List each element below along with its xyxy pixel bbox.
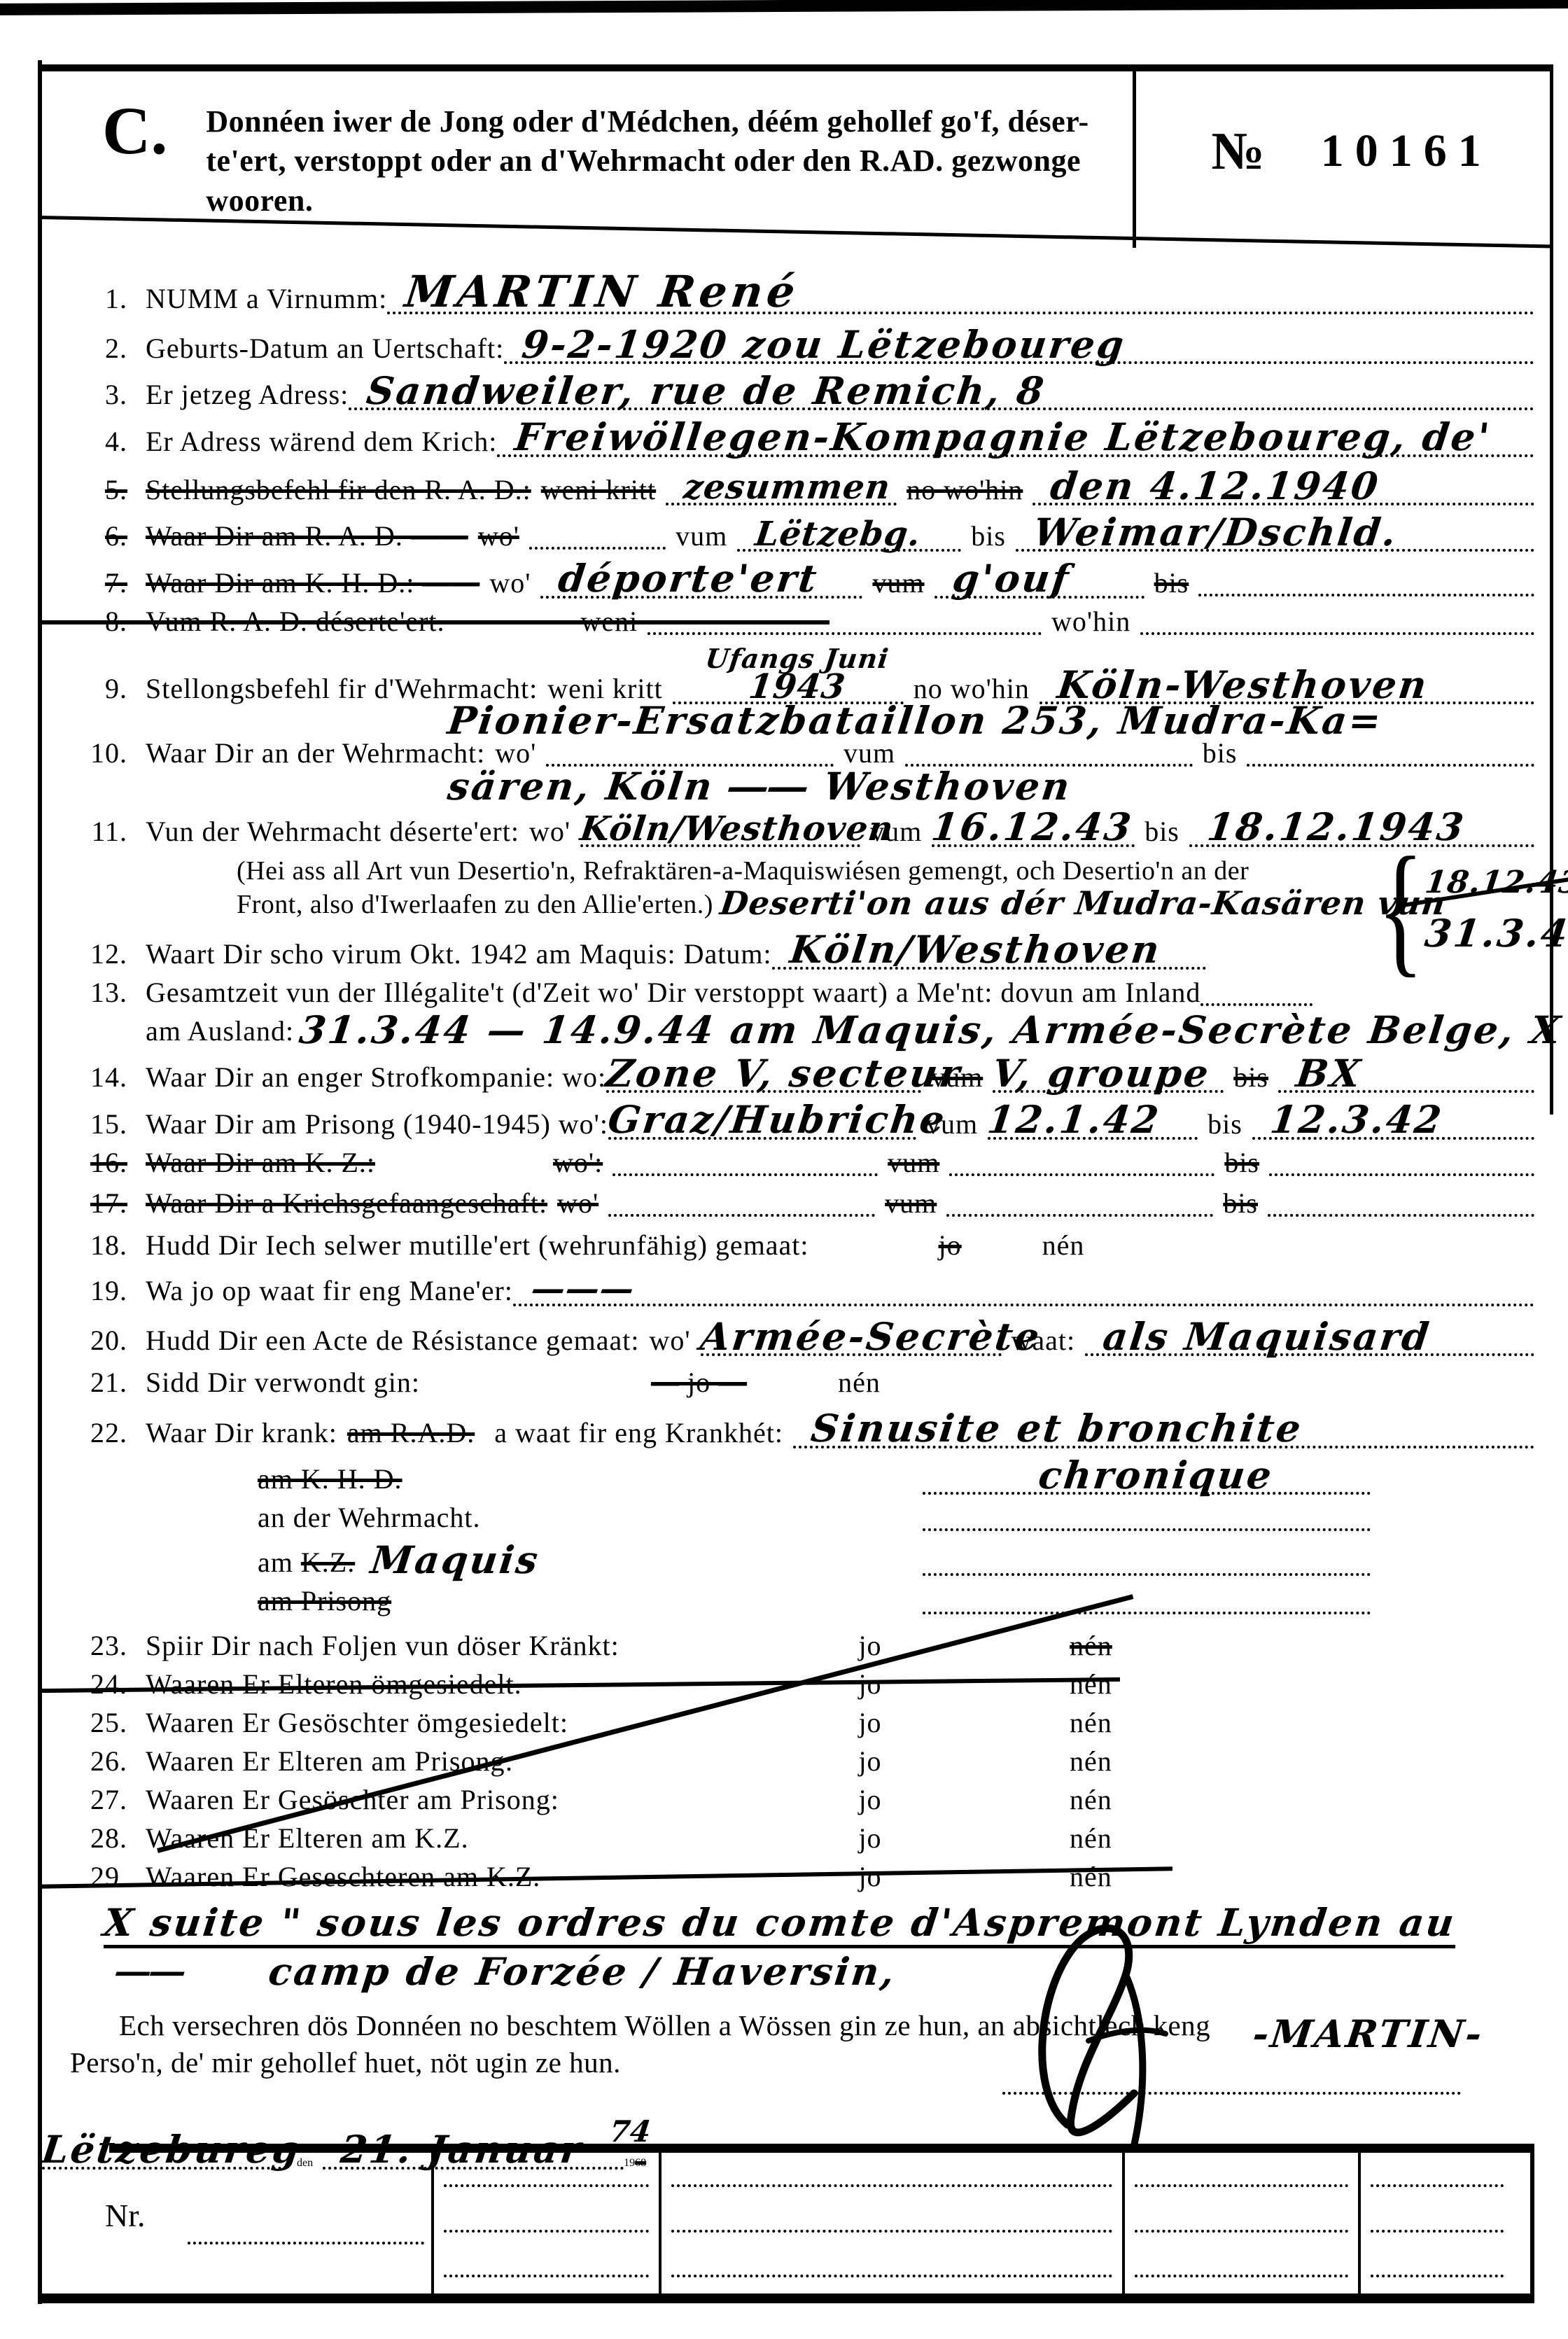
question-22: 22. Waar Dir krank: am R.A.D. a waat fir… <box>70 1409 1534 1617</box>
form-number-value: 10161 <box>1321 125 1492 178</box>
q7-label: Waar Dir am K. H. D.: —— <box>146 568 479 599</box>
q14-handwritten-1: Zone V, secteur <box>604 1056 964 1091</box>
bottom-box-dots-c2-r1 <box>671 2184 1112 2187</box>
q22-kz-label-struck: K.Z. <box>301 1546 355 1578</box>
q11-label: Vun der Wehrmacht déserte'ert: <box>146 816 519 847</box>
q15-bis-label: bis <box>1198 1109 1252 1140</box>
bottom-box-divider-4 <box>1358 2144 1361 2293</box>
q25-nen-option: nén <box>982 1708 1318 1738</box>
q6-handwritten-vum: Lëtzebg. <box>753 519 923 551</box>
q7-handwritten-wo: déporte'ert <box>556 561 820 596</box>
q12-label: Waart Dir scho virum Okt. 1942 am Maquis… <box>146 939 772 970</box>
q18-label: Hudd Dir Iech selwer mutille'ert (wehrun… <box>146 1230 809 1261</box>
numero-sign: № <box>1211 121 1264 182</box>
signature-name: -MARTIN- <box>1251 2016 1486 2052</box>
q11-handwritten-wo: Köln/Westhoven <box>578 814 895 846</box>
question-14: 14. Waar Dir an enger Strofkompanie: wo:… <box>70 1054 1534 1093</box>
bottom-nr-box: Nr. <box>39 2144 1534 2303</box>
q18-jo-option: jo <box>939 1230 962 1261</box>
q10-handwritten-line-1: Pionier-Ersatzbataillon 253, Mudra-Ka= <box>446 703 1385 739</box>
form-body: 1. NUMM a Virnumm: MARTIN René 2. Geburt… <box>0 260 1568 2170</box>
q22-handwritten-illness-2: chronique <box>1036 1458 1275 1493</box>
question-4: 4. Er Adress wärend dem Krich: Freiwölle… <box>70 418 1534 456</box>
q17-label: Waar Dir a Krichsgefaangeschaft: <box>146 1188 547 1219</box>
q16-bis-label: bis <box>1214 1147 1269 1178</box>
q26-nen-option: nén <box>982 1746 1318 1777</box>
q16-wo-label: wo': <box>543 1147 612 1178</box>
bottom-box-dots-c4-r3 <box>1371 2275 1504 2277</box>
q13-handwritten-value: 31.3.44 — 14.9.44 am Maquis, Armée-Secrè… <box>297 1012 1564 1048</box>
q20-handwritten-waat: als Maquisard <box>1101 1319 1433 1355</box>
q20-label: Hudd Dir een Acte de Résistance gemaat: <box>146 1325 639 1356</box>
q4-handwritten-value: Freiwöllegen-Kompagnie Lëtzeboureg, de' <box>513 419 1493 455</box>
q21-label: Sidd Dir verwondt gin: <box>146 1367 420 1398</box>
q21-jo-option: — jo — <box>651 1367 747 1398</box>
q13-line-1: 13. Gesamtzeit vun der Illégalite't (d'Z… <box>70 977 1534 1008</box>
question-28: 28. Waaren Er Elteren am K.Z. jo nén <box>70 1823 1534 1854</box>
q8-wohin-label: wo'hin <box>1042 606 1140 637</box>
question-17-struck: 17. Waar Dir a Krichsgefaangeschaft: wo'… <box>70 1188 1534 1219</box>
question-27: 27. Waaren Er Gesöschter am Prisong: jo … <box>70 1785 1534 1815</box>
q6-number: 6. <box>70 521 146 552</box>
q6-wo-label: wo' <box>468 521 529 552</box>
q14-handwritten-3: BX <box>1294 1056 1364 1091</box>
q16-number: 16. <box>70 1147 146 1178</box>
bottom-box-dots-c1-r3 <box>444 2275 649 2277</box>
q22-dotted-line-4 <box>923 1566 1371 1576</box>
q14-bis-label: bis <box>1224 1062 1278 1093</box>
q17-wo-label: wo' <box>547 1188 608 1219</box>
q17-dotted-line-3 <box>1268 1207 1534 1217</box>
q17-number: 17. <box>70 1188 146 1219</box>
margin-brace-dates: { 18.12.43 31.3.44 <box>1380 867 1568 951</box>
q22-dotted-line-3 <box>923 1521 1371 1531</box>
question-19: 19. Wa jo op waat fir eng Mane'er: ——— <box>70 1272 1534 1307</box>
question-9: 9. Stellongsbefehl fir d'Wehrmacht: weni… <box>70 645 1534 705</box>
q15-number: 15. <box>70 1109 146 1140</box>
annotation-text-2: camp de Forzée / Haversin, <box>267 1954 899 1990</box>
q20-wo-label: wo' <box>639 1325 700 1356</box>
q15-handwritten-wo: Graz/Hubriche <box>606 1102 948 1138</box>
q19-number: 19. <box>70 1276 146 1306</box>
question-2: 2. Geburts-Datum an Uertschaft: 9-2-1920… <box>70 326 1534 364</box>
q6-vum-label: vum <box>666 521 737 552</box>
q6-bis-label: bis <box>961 521 1016 552</box>
question-18: 18. Hudd Dir Iech selwer mutille'ert (we… <box>70 1230 1534 1261</box>
q29-jo-option: jo <box>758 1862 982 1892</box>
q29-nen-option: nén <box>982 1862 1318 1892</box>
q13-dotted-line <box>1200 996 1312 1006</box>
q11-note-line-1: (Hei ass all Art vun Desertio'n, Refrakt… <box>237 855 1534 887</box>
q5-weni-kritt-label: weni kritt <box>531 475 666 505</box>
q22-kz-row: am K.Z. Maquis <box>258 1541 923 1578</box>
q19-handwritten-dash: ——— <box>529 1273 636 1306</box>
q21-number: 21. <box>70 1367 146 1398</box>
q22-line-1: 22. Waar Dir krank: am R.A.D. a waat fir… <box>70 1409 1534 1448</box>
question-11: 11. Vun der Wehrmacht déserte'ert: wo' K… <box>70 808 1534 846</box>
q7-number: 7. <box>70 568 146 599</box>
q18-nen-option: nén <box>1042 1230 1085 1261</box>
q28-jo-option: jo <box>758 1823 982 1854</box>
question-7-struck: 7. Waar Dir am K. H. D.: —— wo' déporte'… <box>70 559 1534 598</box>
q14-number: 14. <box>70 1062 146 1093</box>
q12-number: 12. <box>70 939 146 970</box>
q8-strike-line <box>38 620 829 624</box>
q22-prisong-label-struck: am Prisong <box>258 1586 923 1617</box>
q22-line-4: am K.Z. Maquis <box>70 1541 1534 1578</box>
q22-am-label: am <box>258 1546 293 1578</box>
q22-line-2: am K. H. D. chronique <box>70 1456 1534 1495</box>
q11-note-line-2-text: Front, also d'Iwerlaafen zu den Allie'er… <box>237 890 713 919</box>
q27-nen-option: nén <box>982 1785 1318 1815</box>
handwritten-annotation-line-2: ―― camp de Forzée / Haversin, <box>116 1953 1534 1988</box>
q6-handwritten-bis: Weimar/Dschld. <box>1032 515 1400 550</box>
nr-label: Nr. <box>105 2197 146 2234</box>
bottom-box-dots-c4-r1 <box>1371 2184 1504 2187</box>
q8-dotted-line-1 <box>647 625 1042 635</box>
q8-dotted-line-2 <box>1140 625 1534 635</box>
q18-number: 18. <box>70 1230 146 1261</box>
scan-artifact-top-bar <box>0 0 1568 15</box>
question-20: 20. Hudd Dir een Acte de Résistance gema… <box>70 1318 1534 1356</box>
q5-label: Stellungsbefehl fir den R. A. D.: <box>146 475 531 505</box>
question-16-struck: 16. Waar Dir am K. Z.: wo': vum bis <box>70 1147 1534 1178</box>
handwritten-annotation-line-1: X suite " sous les ordres du comte d'Asp… <box>104 1904 1534 1948</box>
q9-number: 9. <box>70 673 146 704</box>
question-6-struck: 6. Waar Dir am R. A. D. —— wo' vum Lëtze… <box>70 513 1534 552</box>
bottom-box-dots-c1-r2 <box>444 2230 649 2233</box>
brace-date-top-struck: 18.12.43 <box>1423 868 1568 898</box>
header-divider-line <box>1133 71 1136 248</box>
question-21: 21. Sidd Dir verwondt gin: — jo — nén <box>70 1367 1534 1398</box>
q23-nen-option-struck: nén <box>982 1631 1318 1661</box>
q6-dotted-line <box>529 540 666 550</box>
header-section: C. Donnéen iwer de Jong oder d'Médchen, … <box>102 102 1089 221</box>
question-10: 10. Waar Dir an der Wehrmacht: wo' vum b… <box>70 738 1534 769</box>
q7-handwritten-vum: g'ouf <box>950 561 1072 596</box>
q22-number: 22. <box>70 1418 146 1448</box>
q27-label: Waaren Er Gesöschter am Prisong: <box>146 1785 758 1815</box>
q22-krankheit-label: a waat fir eng Krankhét: <box>484 1418 793 1448</box>
q22-label: Waar Dir krank: <box>146 1418 337 1448</box>
q17-dotted-line-2 <box>946 1207 1213 1217</box>
q20-number: 20. <box>70 1325 146 1356</box>
q22-line-5: am Prisong <box>70 1586 1534 1617</box>
q25-jo-option: jo <box>758 1708 982 1738</box>
question-8-struck: 8. Vum R. A. D. déserte'ert. weni wo'hin <box>70 606 1534 637</box>
bottom-box-divider-2 <box>659 2144 661 2293</box>
bottom-box-divider-3 <box>1122 2144 1125 2293</box>
question-12: 12. Waart Dir scho virum Okt. 1942 am Ma… <box>70 930 1534 969</box>
q5-number: 5. <box>70 475 146 505</box>
intro-line-3: wooren. <box>206 181 1088 221</box>
q22-rad-label-struck: am R.A.D. <box>337 1418 484 1448</box>
bottom-box-dots-c3-r3 <box>1135 2275 1348 2277</box>
q22-khd-label-struck: am K. H. D. <box>258 1464 923 1495</box>
q22-line-3: an der Wehrmacht. <box>70 1502 1534 1533</box>
q13-label: Gesamtzeit vun der Illégalite't (d'Zeit … <box>146 977 1200 1008</box>
q11-number: 11. <box>70 816 146 847</box>
q3-number: 3. <box>70 379 146 410</box>
q22-handwritten-maquis: Maquis <box>369 1542 542 1578</box>
q7-vum-label: vum <box>862 568 934 599</box>
bottom-box-divider-1 <box>431 2144 434 2293</box>
q1-handwritten-value: MARTIN René <box>403 272 801 313</box>
bottom-box-dots-c4-r2 <box>1371 2230 1504 2233</box>
q4-number: 4. <box>70 426 146 457</box>
q24-number: 24. <box>70 1669 146 1700</box>
section-intro: Donnéen iwer de Jong oder d'Médchen, déé… <box>206 102 1088 221</box>
q11-handwritten-bis: 18.12.1943 <box>1205 809 1467 845</box>
question-29-struck: 29. Waaren Er Geseschteren am K.Z. jo né… <box>70 1862 1534 1892</box>
q11-bis-label: bis <box>1135 816 1189 847</box>
q3-label: Er jetzeg Adress: <box>146 379 349 410</box>
q27-jo-option: jo <box>758 1785 982 1815</box>
question-13: 13. Gesamtzeit vun der Illégalite't (d'Z… <box>70 977 1534 1047</box>
q16-dotted-line-2 <box>949 1166 1214 1176</box>
q7-wo-label: wo' <box>479 568 540 599</box>
q25-number: 25. <box>70 1708 146 1738</box>
q24-nen-option: nén <box>982 1669 1318 1700</box>
q19-label: Wa jo op waat fir eng Mane'er: <box>146 1276 513 1306</box>
q1-label: NUMM a Virnumm: <box>146 284 387 314</box>
q11-note-line-2: Front, also d'Iwerlaafen zu den Allie'er… <box>237 887 1534 921</box>
q7-dotted-line <box>1198 587 1534 596</box>
signature-dotted-line <box>1002 2092 1461 2095</box>
q13-line-2: am Ausland: 31.3.44 — 14.9.44 am Maquis,… <box>70 1011 1534 1047</box>
q25-label: Waaren Er Gesöschter ömgesiedelt: <box>146 1708 758 1738</box>
nr-dotted-line <box>188 2242 424 2244</box>
q7-bis-label: bis <box>1144 568 1199 599</box>
q14-handwritten-2: V, groupe <box>990 1056 1212 1091</box>
q11-note-handwritten: Deserti'on aus dér Mudra-Kasären vun <box>718 888 1447 919</box>
q22-dotted-line-5 <box>923 1605 1371 1614</box>
q16-label: Waar Dir am K. Z.: <box>146 1147 375 1178</box>
q12-handwritten-value: Köln/Westhoven <box>787 932 1163 968</box>
intro-line-1: Donnéen iwer de Jong oder d'Médchen, déé… <box>206 102 1088 141</box>
q17-vum-label: vum <box>875 1188 946 1219</box>
question-5-struck: 5. Stellungsbefehl fir den R. A. D.: wen… <box>70 467 1534 505</box>
q9-handwritten-date-stack: Ufangs Juni 1943 <box>706 645 889 702</box>
q26-jo-option: jo <box>758 1746 982 1777</box>
bottom-box-dots-c3-r1 <box>1135 2184 1348 2187</box>
q26-number: 26. <box>70 1746 146 1777</box>
q13-number: 13. <box>70 977 146 1008</box>
bottom-box-dots-c2-r3 <box>671 2275 1112 2277</box>
q10-number: 10. <box>70 738 146 769</box>
section-letter: C. <box>102 102 167 221</box>
q14-label: Waar Dir an enger Strofkompanie: wo: <box>146 1062 606 1093</box>
q17-bis-label: bis <box>1213 1188 1268 1219</box>
bottom-box-dots-c2-r2 <box>671 2230 1112 2233</box>
q10-dotted-line-3 <box>1247 757 1534 767</box>
intro-line-2: te'ert, verstoppt oder an d'Wehrmacht od… <box>206 141 1088 181</box>
q27-number: 27. <box>70 1785 146 1815</box>
q15-handwritten-bis: 12.3.42 <box>1268 1102 1445 1138</box>
q1-number: 1. <box>70 284 146 314</box>
q3-handwritten-value: Sandweiler, rue de Remich, 8 <box>365 373 1048 409</box>
question-1: 1. NUMM a Virnumm: MARTIN René <box>70 270 1534 314</box>
q28-number: 28. <box>70 1823 146 1854</box>
q16-dotted-line-1 <box>612 1166 878 1176</box>
q2-label: Geburts-Datum an Uertschaft: <box>146 333 504 364</box>
q10-label: Waar Dir an der Wehrmacht: <box>146 738 485 769</box>
q28-nen-option: nén <box>982 1823 1318 1854</box>
question-25: 25. Waaren Er Gesöschter ömgesiedelt: jo… <box>70 1708 1534 1738</box>
q22-wehrmacht-label: an der Wehrmacht. <box>258 1502 923 1533</box>
form-number-cell: № 10161 <box>1152 71 1551 231</box>
question-15: 15. Waar Dir am Prisong (1940-1945) wo':… <box>70 1101 1534 1139</box>
q5-wohin-label: no wo'hin <box>897 475 1032 505</box>
q11-wo-label: wo' <box>519 816 580 847</box>
q13-ausland-label: am Ausland: <box>146 1016 294 1047</box>
q23-label: Spiir Dir nach Foljen vun döser Kränkt: <box>146 1631 758 1661</box>
q5-handwritten-value-1: zesummen <box>682 472 892 504</box>
form-header: C. Donnéen iwer de Jong oder d'Médchen, … <box>39 64 1551 231</box>
question-3: 3. Er jetzeg Adress: Sandweiler, rue de … <box>70 372 1534 410</box>
q20-handwritten-wo: Armée-Secrète <box>698 1319 1042 1355</box>
q10-handwritten-line-2: sären, Köln ―― Westhoven <box>446 769 1074 804</box>
signature-flourish <box>983 1915 1263 2160</box>
q4-label: Er Adress wärend dem Krich: <box>146 426 497 457</box>
q21-nen-option: nén <box>838 1367 881 1398</box>
brace-glyph: { <box>1378 835 1424 982</box>
q6-label: Waar Dir am R. A. D. —— <box>146 521 468 552</box>
q11-handwritten-vum: 16.12.43 <box>930 809 1135 845</box>
q2-handwritten-value: 9-2-1920 zou Lëtzeboureg <box>520 327 1128 363</box>
q17-dotted-line-1 <box>608 1207 875 1217</box>
bottom-box-dots-c3-r2 <box>1135 2230 1348 2233</box>
q15-label: Waar Dir am Prisong (1940-1945) wo': <box>146 1109 608 1140</box>
q23-number: 23. <box>70 1631 146 1661</box>
question-23: 23. Spiir Dir nach Foljen vun döser Krän… <box>70 1631 1534 1661</box>
q5-handwritten-value-2: den 4.12.1940 <box>1049 468 1382 504</box>
annotation-dash: ―― <box>114 1956 187 1988</box>
question-26: 26. Waaren Er Elteren am Prisong: jo nén <box>70 1746 1534 1777</box>
q16-dotted-line-3 <box>1269 1166 1534 1176</box>
brace-date-bottom: 31.3.44 <box>1422 916 1568 951</box>
q2-number: 2. <box>70 333 146 364</box>
question-11-note: (Hei ass all Art vun Desertio'n, Refrakt… <box>70 855 1534 921</box>
scanned-form-page: C. Donnéen iwer de Jong oder d'Médchen, … <box>0 0 1568 2339</box>
bottom-box-dots-c1-r1 <box>444 2184 649 2187</box>
q16-vum-label: vum <box>878 1147 949 1178</box>
q22-handwritten-illness-1: Sinusite et bronchite <box>809 1411 1305 1446</box>
q15-handwritten-vum: 12.1.42 <box>986 1102 1163 1138</box>
